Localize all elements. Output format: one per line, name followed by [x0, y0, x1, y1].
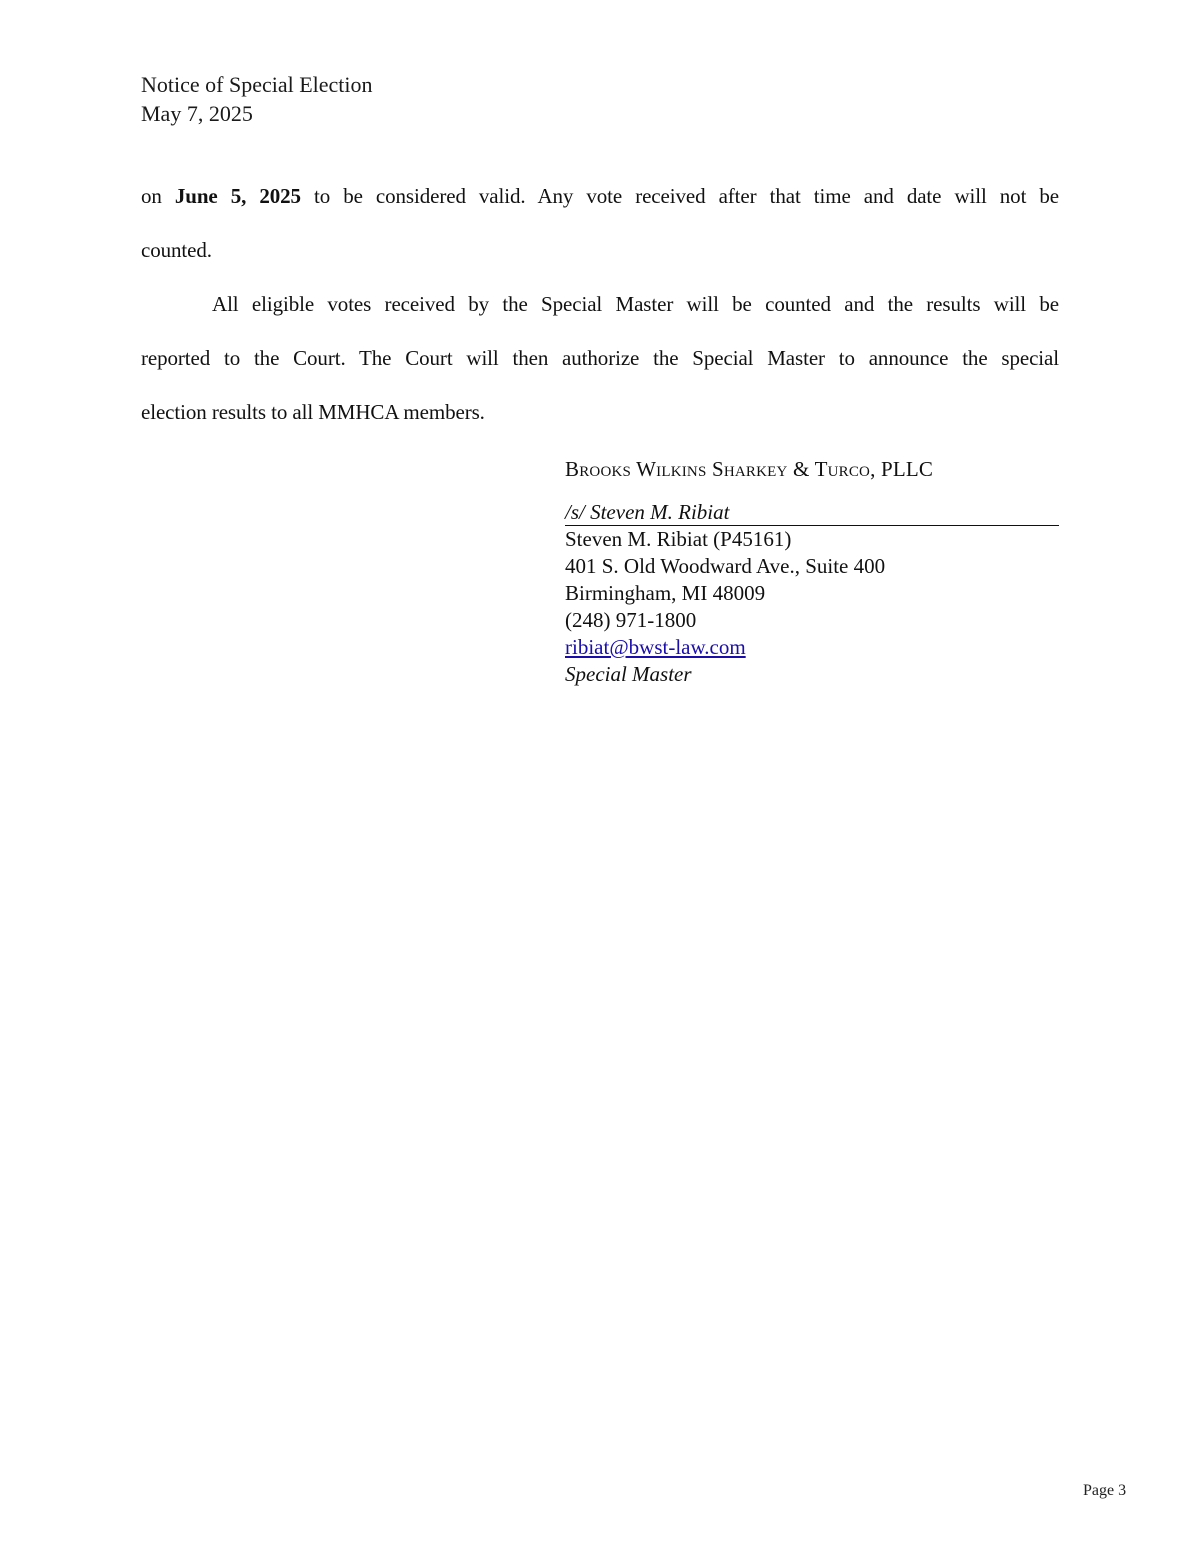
- signature-block: Brooks Wilkins Sharkey & Turco, PLLC /s/…: [565, 456, 1059, 688]
- deadline-date: June 5, 2025: [175, 184, 301, 208]
- phone-number: (248) 971-1800: [565, 607, 1059, 634]
- signer-role: Special Master: [565, 661, 1059, 688]
- address-line-1: 401 S. Old Woodward Ave., Suite 400: [565, 553, 1059, 580]
- paragraph-line: All eligible votes received by the Speci…: [212, 292, 1059, 317]
- paragraph-line: reported to the Court. The Court will th…: [141, 346, 1059, 371]
- paragraph-line: election results to all MMHCA members.: [141, 400, 485, 425]
- address-line-2: Birmingham, MI 48009: [565, 580, 1059, 607]
- signature-line: /s/ Steven M. Ribiat: [565, 499, 1059, 526]
- page-number: Page 3: [1083, 1482, 1126, 1500]
- document-header: Notice of Special Election May 7, 2025: [141, 70, 373, 128]
- signer-name: Steven M. Ribiat (P45161): [565, 526, 1059, 553]
- header-date: May 7, 2025: [141, 99, 373, 128]
- paragraph-line: counted.: [141, 238, 212, 263]
- firm-name: Brooks Wilkins Sharkey & Turco, PLLC: [565, 456, 1059, 483]
- header-title: Notice of Special Election: [141, 70, 373, 99]
- paragraph-line: on June 5, 2025 to be considered valid. …: [141, 184, 1059, 209]
- email-link[interactable]: ribiat@bwst-law.com: [565, 635, 746, 659]
